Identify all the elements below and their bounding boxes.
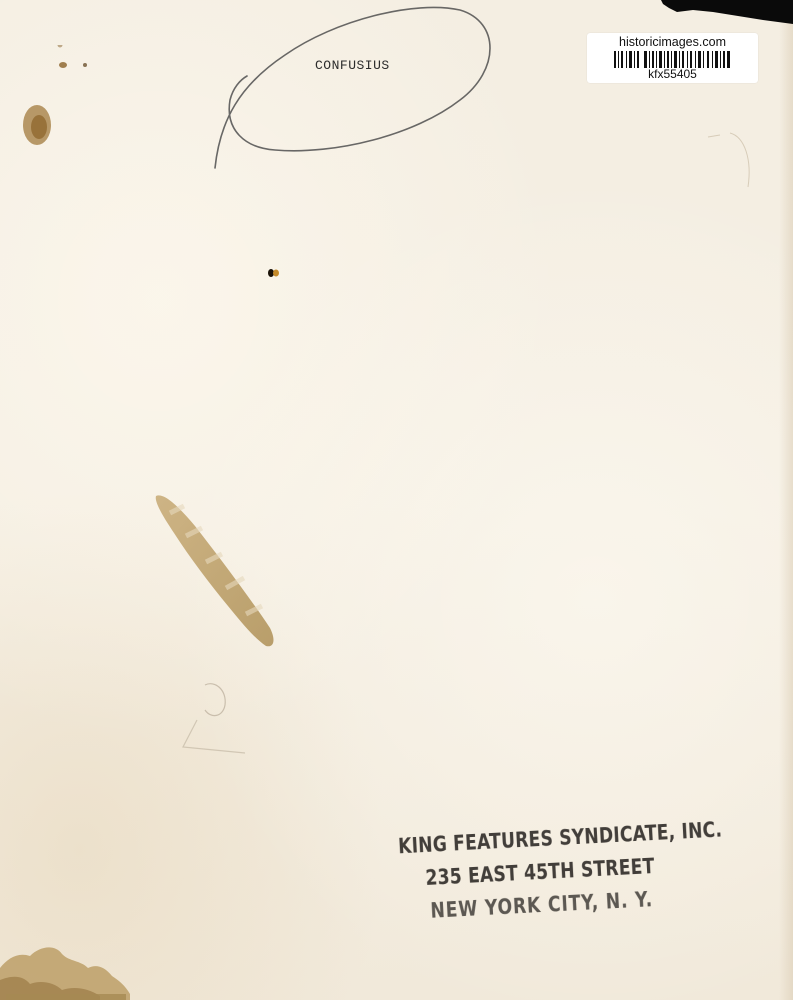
paper-edge-shadow xyxy=(779,0,793,1000)
stain-bottom-left xyxy=(0,940,140,1000)
torn-corner xyxy=(643,0,793,26)
stain-top-left xyxy=(15,45,95,155)
barcode-icon xyxy=(614,51,730,68)
subject-label: CONFUSIUS xyxy=(315,58,390,73)
stain-streak xyxy=(150,488,280,653)
ink-dot xyxy=(266,267,282,279)
syndicate-stamp: KING FEATURES SYNDICATE, INC. 235 EAST 4… xyxy=(378,815,703,931)
barcode-sticker: historicimages.com xyxy=(587,33,758,83)
sticker-site-text: historicimages.com xyxy=(587,35,758,49)
faint-pencil-mark xyxy=(175,665,255,755)
faint-curve-mark xyxy=(700,125,760,195)
sticker-code-text: kfx55405 xyxy=(587,67,758,81)
pencil-circle-mark xyxy=(205,0,505,175)
